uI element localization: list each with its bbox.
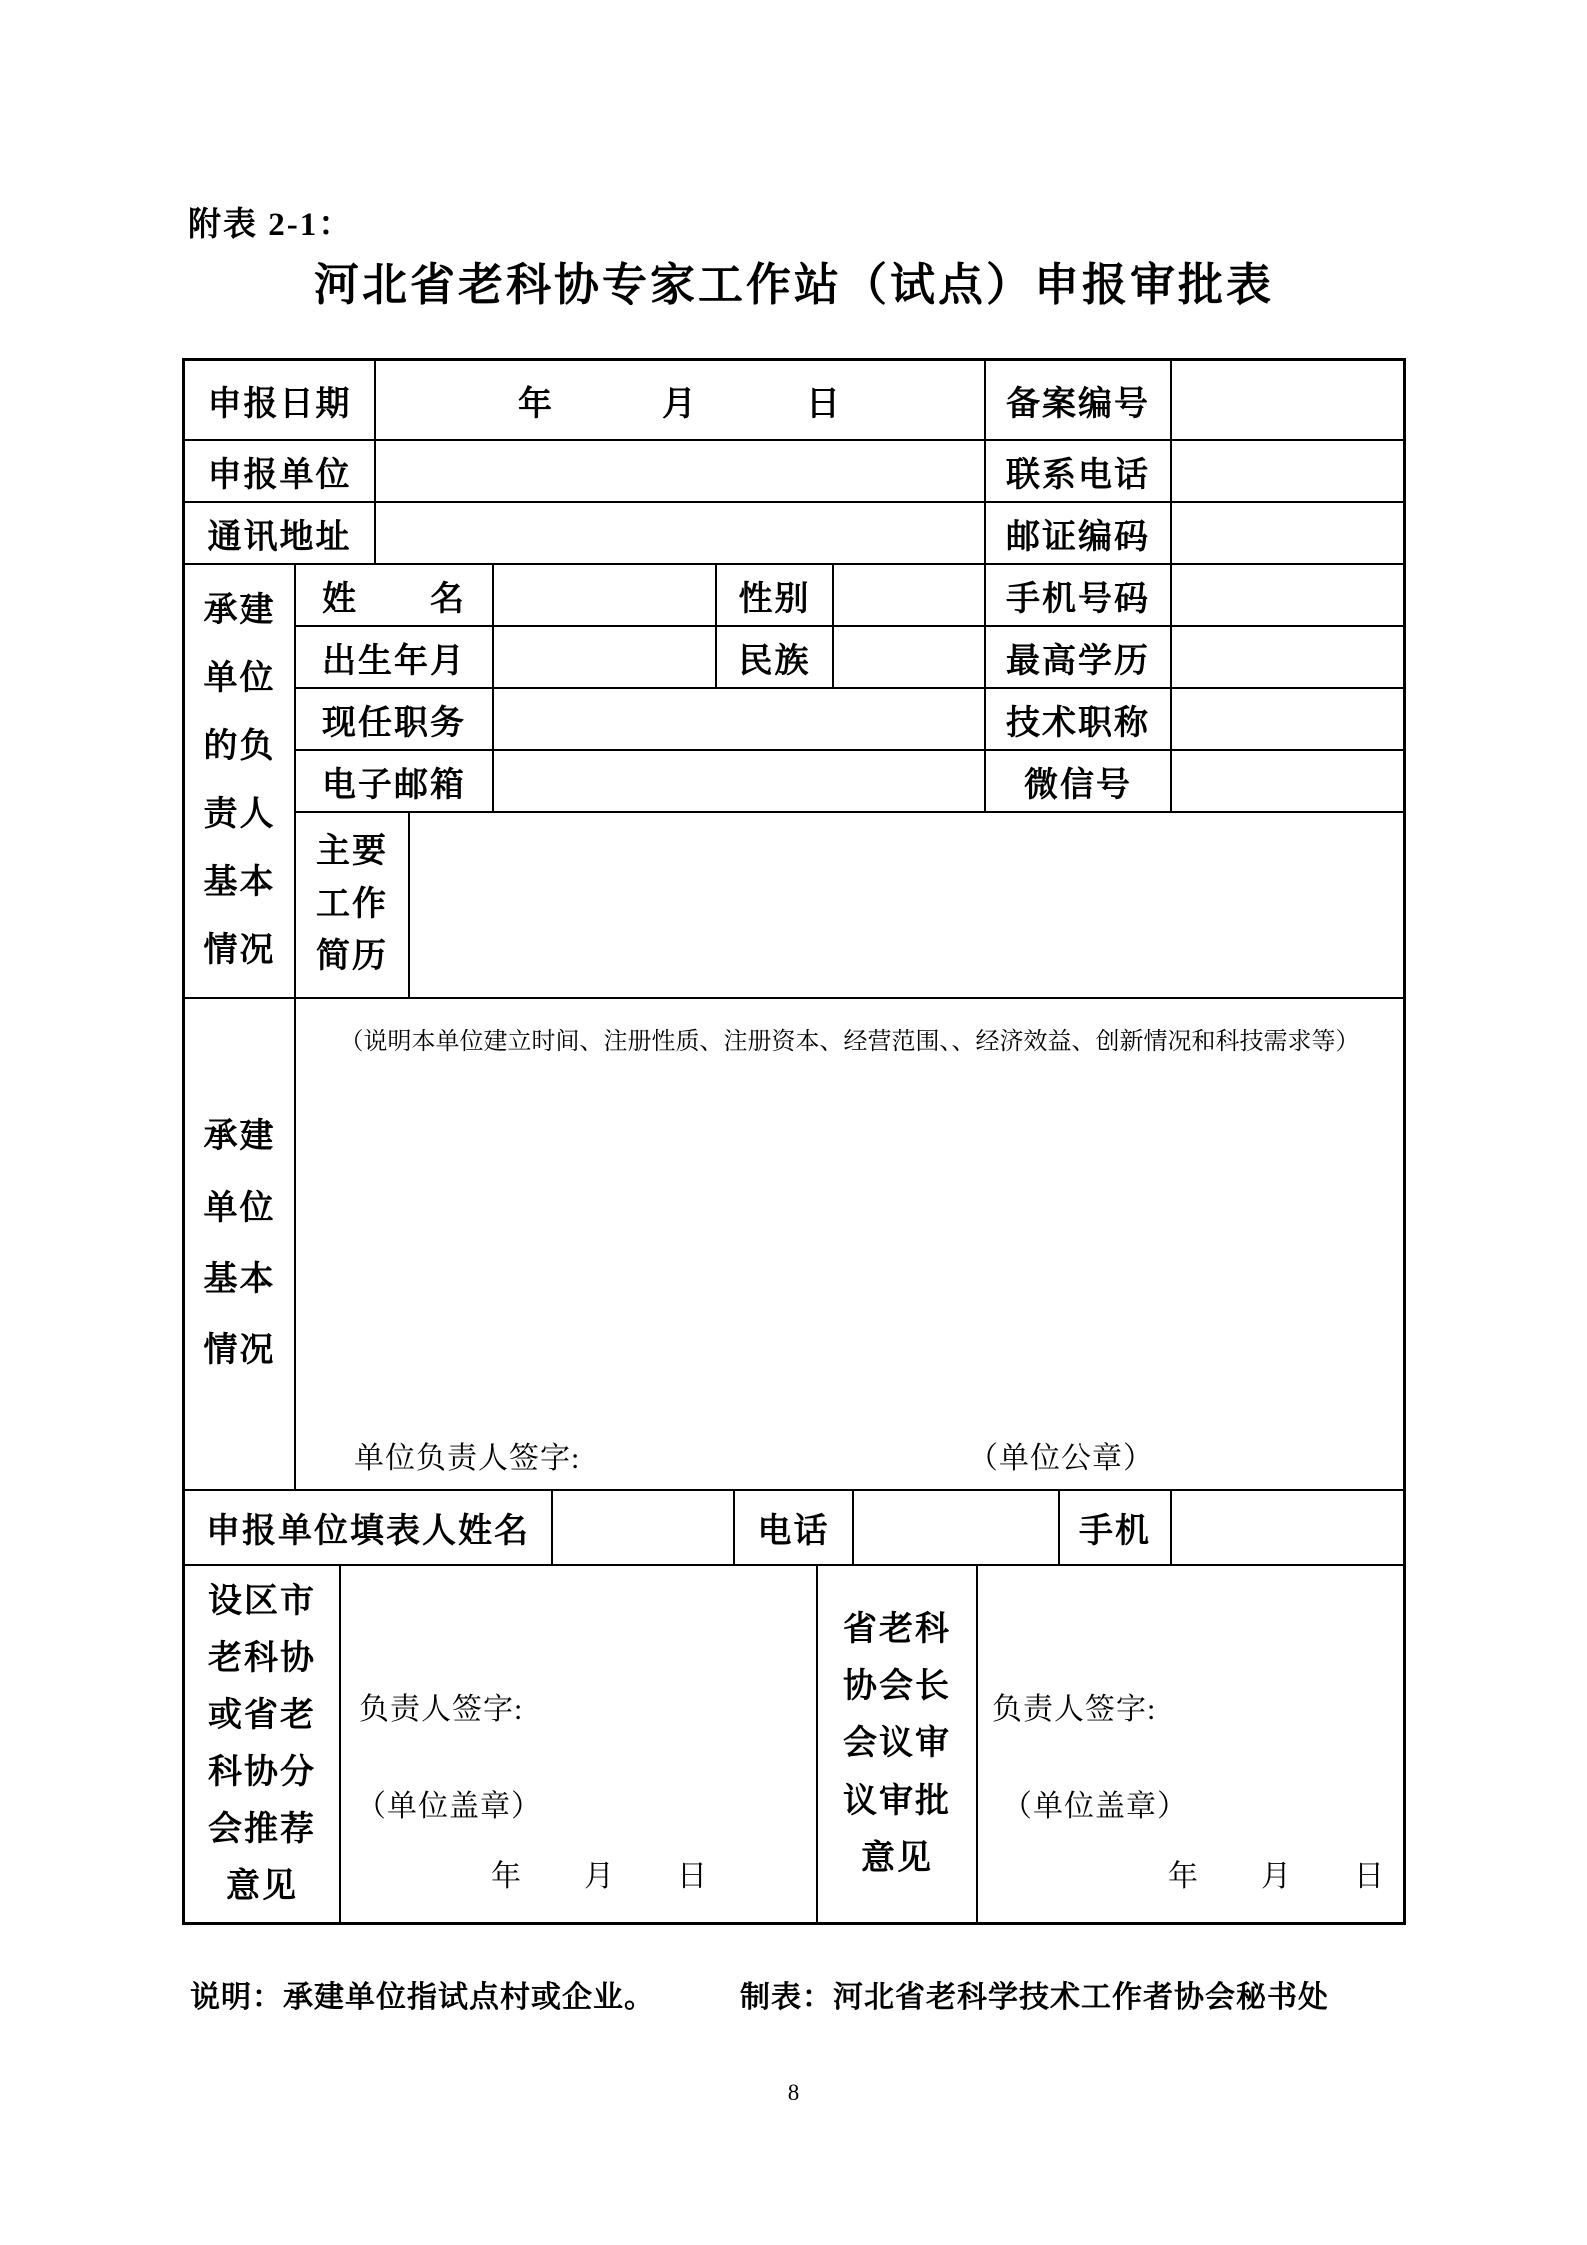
attachment-tag: 附表 2-1：: [188, 198, 353, 245]
filler-phone-field[interactable]: [854, 1491, 1060, 1566]
postal-code-label: 邮证编码: [986, 503, 1172, 565]
leader-wechat-label: 微信号: [986, 751, 1172, 813]
org-leader-sign-label: 单位负责人签字:: [354, 1433, 580, 1477]
apply-date-label: 申报日期: [185, 361, 376, 441]
recommend-opinion-field[interactable]: 负责人签字: （单位盖章） 年 月 日: [341, 1566, 818, 1922]
org-seal-label: （单位公章）: [968, 1433, 1154, 1477]
form-title: 河北省老科协专家工作站（试点）申报审批表: [182, 248, 1406, 313]
leader-section-label: 承建 单位 的负 责人 基本 情况: [185, 565, 296, 999]
leader-wechat-field[interactable]: [1172, 751, 1403, 813]
footer-note: 说明：承建单位指试点村或企业。: [190, 1972, 655, 2016]
filler-mobile-field[interactable]: [1172, 1491, 1403, 1566]
leader-birth-label: 出生年月: [296, 627, 494, 689]
leader-email-label: 电子邮箱: [296, 751, 494, 813]
page-number: 8: [0, 2080, 1587, 2106]
leader-tech-title-label: 技术职称: [986, 689, 1172, 751]
approval-seal-label: （单位盖章）: [1002, 1781, 1188, 1825]
leader-name-field[interactable]: [494, 565, 717, 627]
document-page: 附表 2-1： 河北省老科协专家工作站（试点）申报审批表 申报日期 年 月 日 …: [0, 0, 1587, 2245]
recommend-date-label: 年 月 日: [491, 1851, 708, 1895]
leader-gender-label: 性别: [717, 565, 834, 627]
application-form-table: 申报日期 年 月 日 备案编号 申报单位 联系电话 通讯地址 邮证编码 承建 单…: [182, 358, 1406, 1925]
leader-position-label: 现任职务: [296, 689, 494, 751]
leader-resume-label: 主要 工作 简历: [296, 813, 410, 999]
filler-name-field[interactable]: [553, 1491, 735, 1566]
contact-phone-label: 联系电话: [986, 441, 1172, 503]
leader-mobile-label: 手机号码: [986, 565, 1172, 627]
recommend-sign-label: 负责人签字:: [359, 1684, 523, 1728]
leader-education-field[interactable]: [1172, 627, 1403, 689]
leader-position-field[interactable]: [494, 689, 986, 751]
address-field[interactable]: [376, 503, 986, 565]
approval-date-label: 年 月 日: [1168, 1851, 1385, 1895]
address-label: 通讯地址: [185, 503, 376, 565]
org-info-hint: （说明本单位建立时间、注册性质、注册资本、经营范围、、经济效益、创新情况和科技需…: [307, 1021, 1392, 1056]
filler-name-label: 申报单位填表人姓名: [185, 1491, 553, 1566]
org-section-label: 承建 单位 基本 情况: [185, 999, 296, 1491]
contact-phone-field[interactable]: [1172, 441, 1403, 503]
postal-code-field[interactable]: [1172, 503, 1403, 565]
approval-section-label: 省老科 协会长 会议审 议审批 意见: [818, 1566, 978, 1922]
recommend-seal-label: （单位盖章）: [356, 1781, 542, 1825]
leader-gender-field[interactable]: [834, 565, 986, 627]
filler-mobile-label: 手机: [1060, 1491, 1172, 1566]
leader-education-label: 最高学历: [986, 627, 1172, 689]
record-no-label: 备案编号: [986, 361, 1172, 441]
leader-birth-field[interactable]: [494, 627, 717, 689]
leader-email-field[interactable]: [494, 751, 986, 813]
leader-name-label: 姓 名: [296, 565, 494, 627]
leader-ethnic-label: 民族: [717, 627, 834, 689]
apply-unit-label: 申报单位: [185, 441, 376, 503]
approval-opinion-field[interactable]: 负责人签字: （单位盖章） 年 月 日: [978, 1566, 1403, 1922]
leader-mobile-field[interactable]: [1172, 565, 1403, 627]
recommend-section-label: 设区市 老科协 或省老 科协分 会推荐 意见: [185, 1566, 341, 1922]
apply-unit-field[interactable]: [376, 441, 986, 503]
leader-ethnic-field[interactable]: [834, 627, 986, 689]
filler-phone-label: 电话: [735, 1491, 854, 1566]
record-no-field[interactable]: [1172, 361, 1403, 441]
leader-resume-field[interactable]: [410, 813, 1403, 999]
approval-sign-label: 负责人签字:: [992, 1684, 1156, 1728]
org-info-field[interactable]: （说明本单位建立时间、注册性质、注册资本、经营范围、、经济效益、创新情况和科技需…: [296, 999, 1403, 1491]
apply-date-field[interactable]: 年 月 日: [376, 361, 986, 441]
leader-tech-title-field[interactable]: [1172, 689, 1403, 751]
footer-maker: 制表：河北省老科学技术工作者协会秘书处: [740, 1972, 1329, 2016]
